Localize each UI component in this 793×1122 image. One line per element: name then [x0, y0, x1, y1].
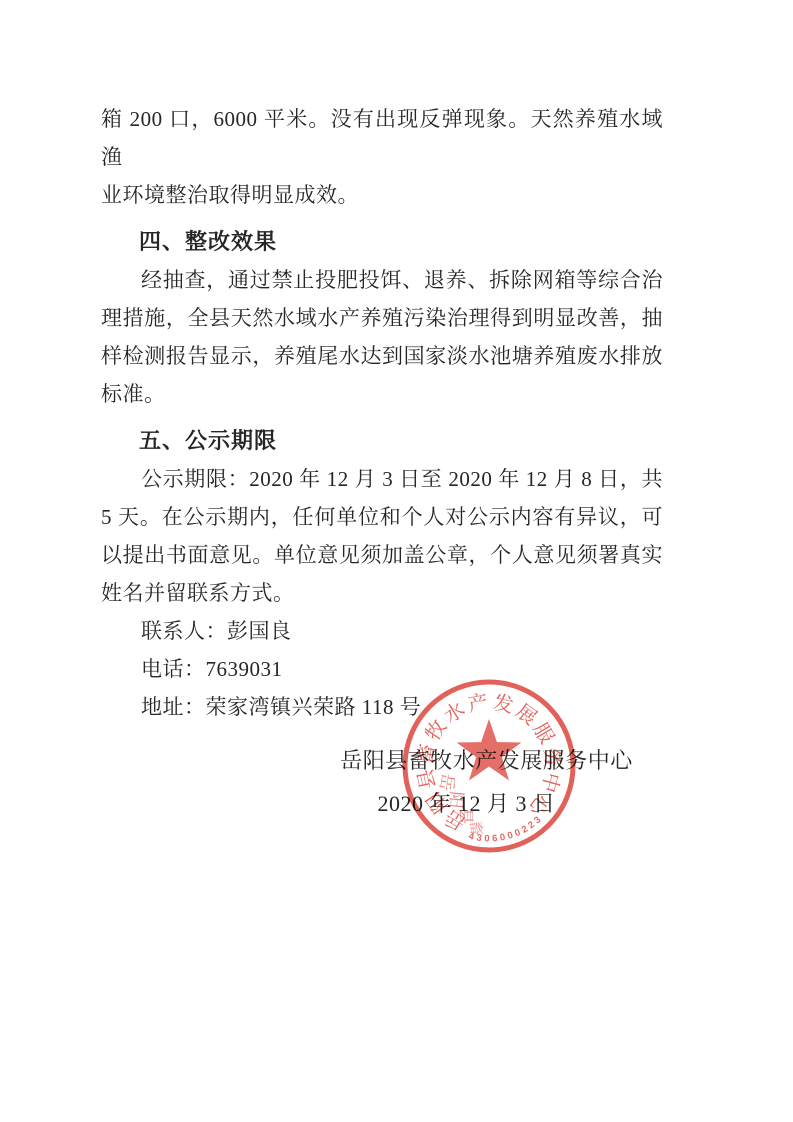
body-line: 公示期限：2020 年 12 月 3 日至 2020 年 12 月 8 日，共 — [101, 460, 663, 498]
seal-ring-text-char: 县 — [414, 767, 441, 791]
body-line: 样检测报告显示，养殖尾水达到国家淡水池塘养殖废水排放 — [101, 337, 663, 375]
official-seal: 岳阳县畜牧水产发展服务中心4306000223岳阳县畜 — [389, 666, 589, 866]
seal-artifact-char: 阳 — [446, 791, 466, 810]
seal-code-digit: 0 — [499, 832, 506, 844]
seal-ring-text-char: 畜 — [413, 742, 439, 766]
contact-line: 联系人：彭国良 — [101, 612, 663, 650]
seal-ring-text-char: 务 — [539, 746, 565, 769]
seal-ring-text-char: 发 — [491, 691, 516, 718]
scanned-notice-page: 箱 200 口，6000 平米。没有出现反弹现象。天然养殖水域渔业环境整治取得明… — [0, 0, 793, 1122]
seal-artifact-char: 畜 — [466, 820, 484, 836]
seal-code-digit: 6 — [492, 833, 498, 844]
seal-code-digit: 0 — [484, 833, 490, 844]
body-line: 箱 200 口，6000 平米。没有出现反弹现象。天然养殖水域渔 — [101, 100, 663, 176]
section-heading: 五、公示期限 — [101, 422, 663, 460]
seal-ring-text-char: 中 — [537, 770, 564, 795]
body-line: 业环境整治取得明显成效。 — [101, 176, 663, 214]
body-line: 以提出书面意见。单位意见须加盖公章，个人意见须署真实 — [101, 536, 663, 574]
seal-ring-text-char: 水 — [440, 698, 469, 728]
section-heading: 四、整改效果 — [101, 223, 663, 261]
seal-ring-text-char: 心 — [523, 790, 554, 821]
body-line: 理措施，全县天然水域水产养殖污染治理得到明显改善，抽 — [101, 299, 663, 337]
seal-artifact-char: 岳 — [436, 772, 458, 792]
paragraph: 公示期限：2020 年 12 月 3 日至 2020 年 12 月 8 日，共5… — [101, 460, 663, 612]
body-line: 经抽查，通过禁止投肥投饵、退养、拆除网箱等综合治 — [101, 261, 663, 299]
seal-ring-text-char: 服 — [528, 719, 558, 748]
document-body: 箱 200 口，6000 平米。没有出现反弹现象。天然养殖水域渔业环境整治取得明… — [101, 100, 663, 726]
paragraph: 经抽查，通过禁止投肥投饵、退养、拆除网箱等综合治理措施，全县天然水域水产养殖污染… — [101, 261, 663, 413]
seal-star-icon — [457, 719, 522, 781]
paragraph: 箱 200 口，6000 平米。没有出现反弹现象。天然养殖水域渔业环境整治取得明… — [101, 100, 663, 214]
seal-ring-text-char: 产 — [466, 690, 490, 716]
body-line: 标准。 — [101, 375, 663, 413]
body-line: 5 天。在公示期内，任何单位和个人对公示内容有异议，可 — [101, 498, 663, 536]
body-line: 姓名并留联系方式。 — [101, 574, 663, 612]
